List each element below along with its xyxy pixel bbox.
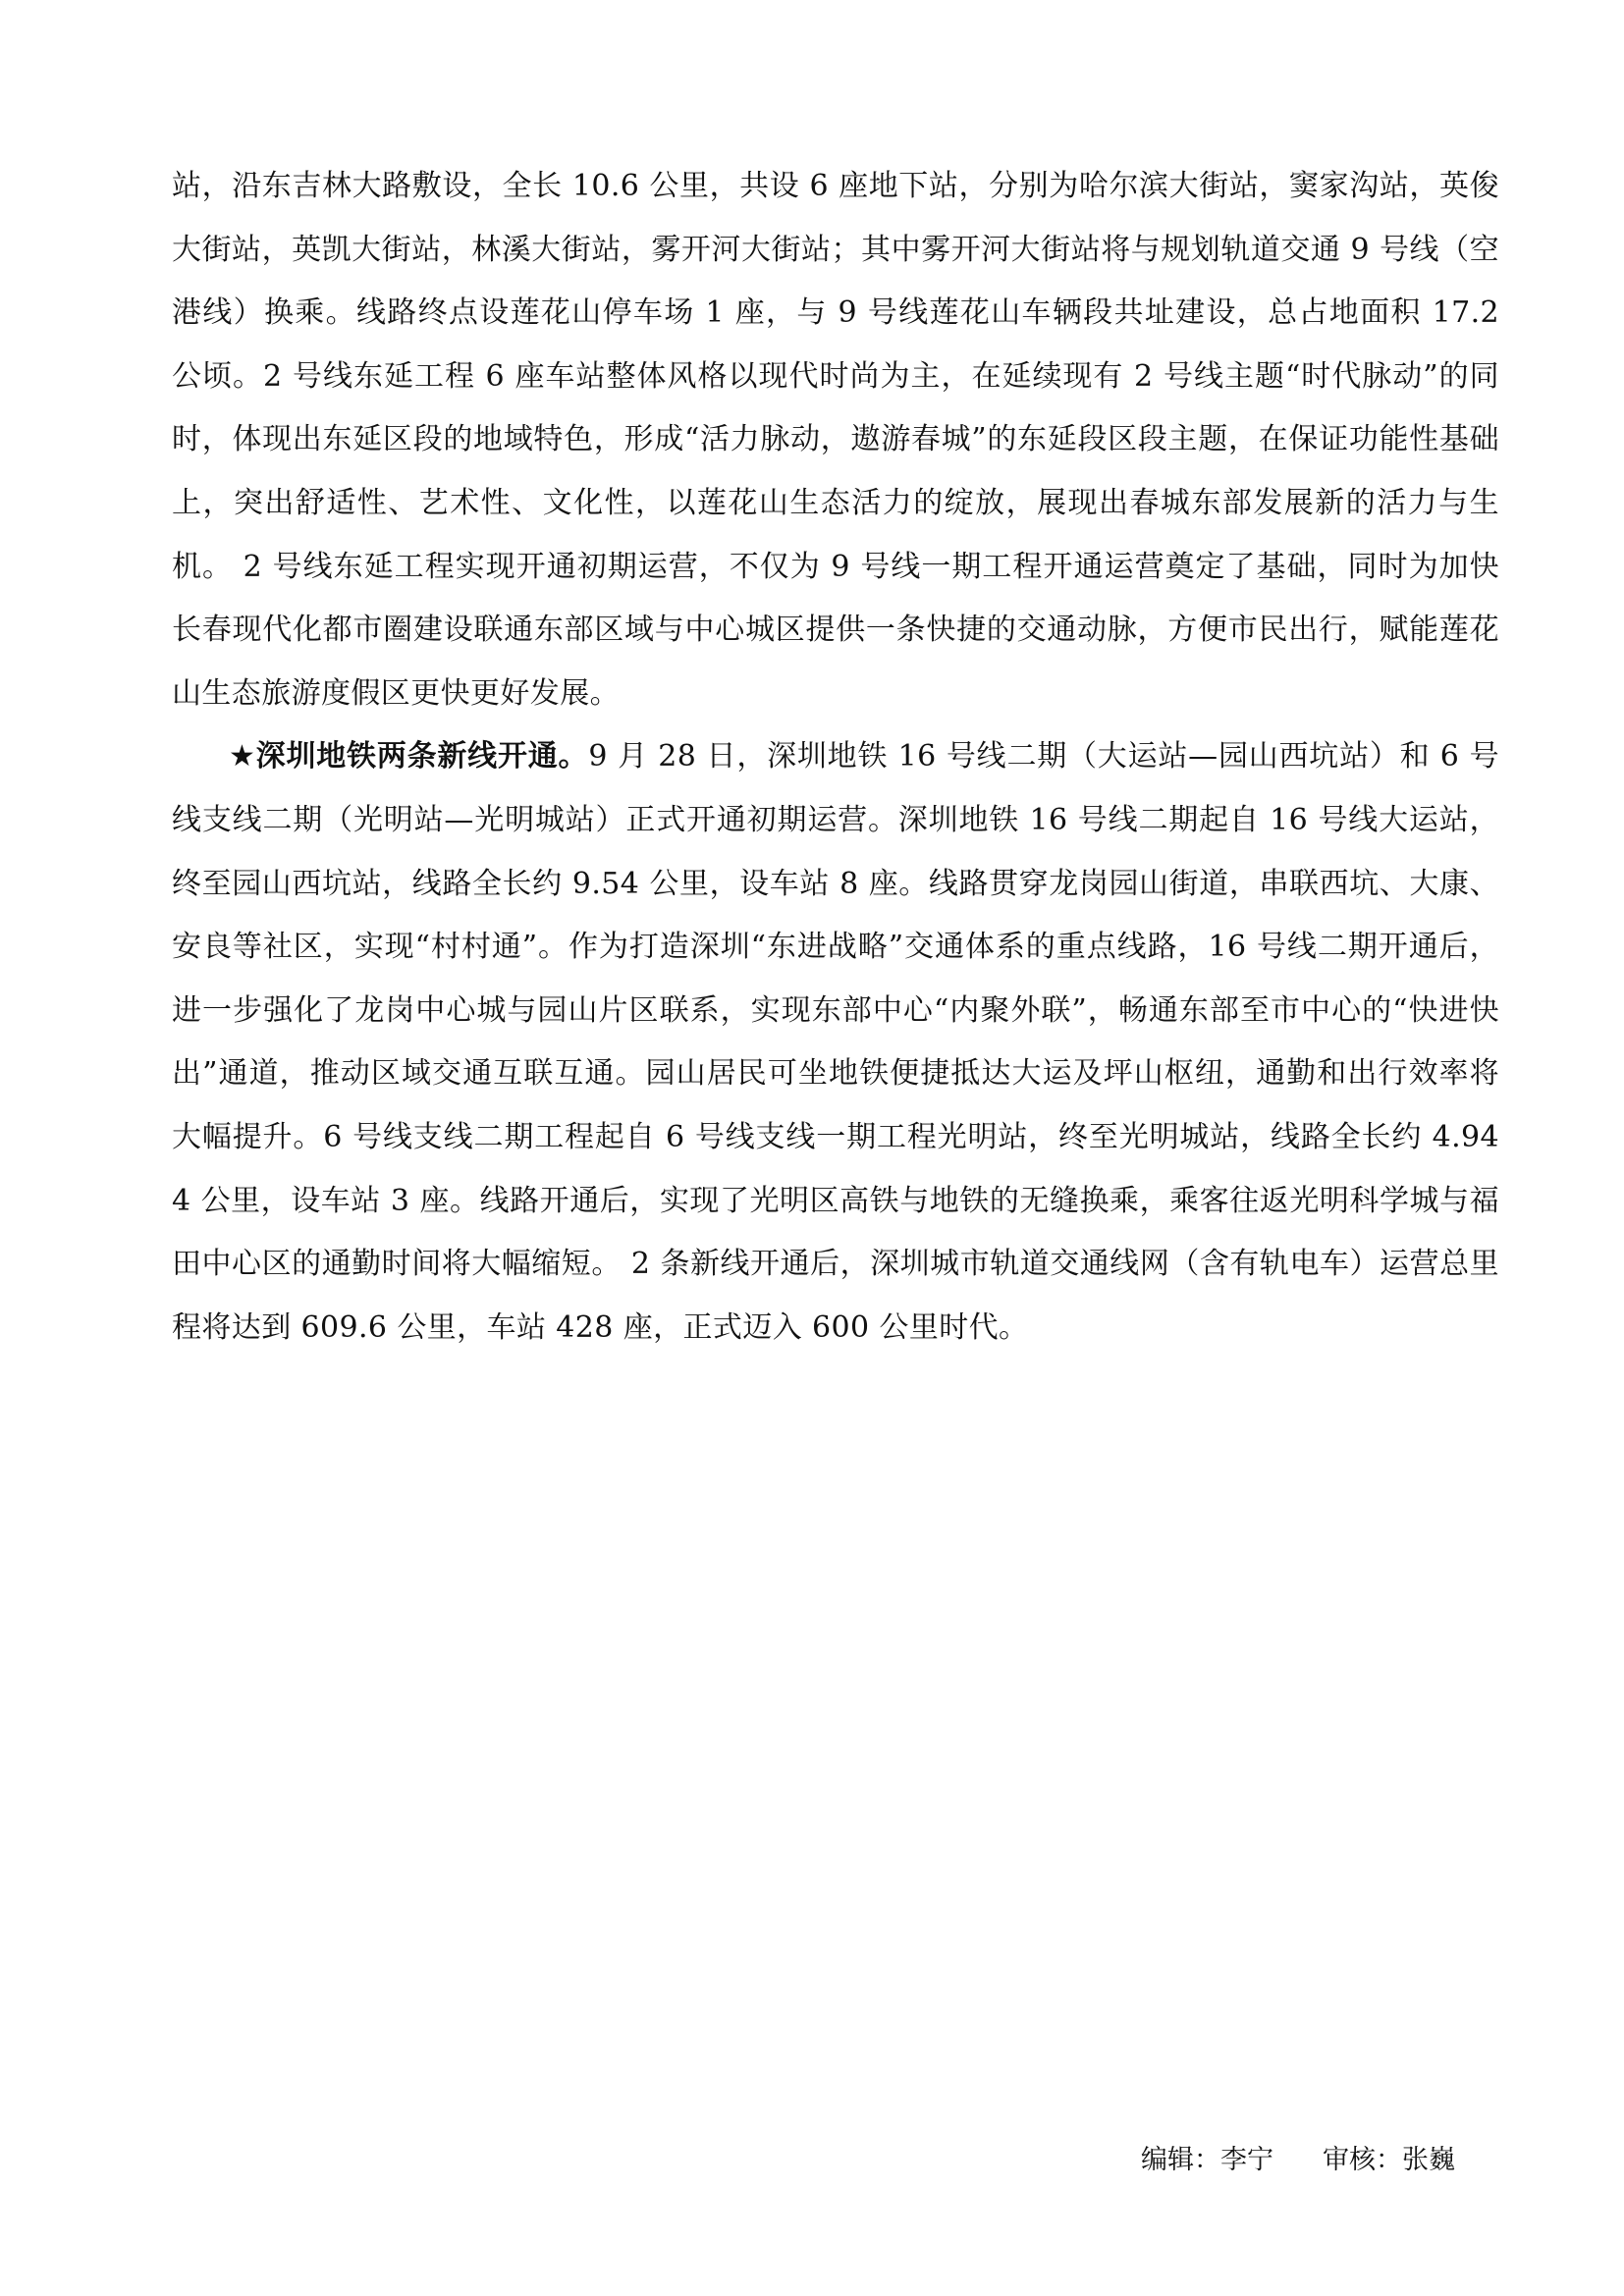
editor-credits-footer: 编辑：李宁审核：张巍 — [1141, 2141, 1455, 2180]
paragraph-lead-heading: ★深圳地铁两条新线开通。 — [229, 739, 588, 774]
editor-name: 李宁 — [1220, 2145, 1273, 2175]
reviewer-label: 审核： — [1323, 2145, 1402, 2175]
paragraph-changchun-line2-east-extension: 站，沿东吉林大路敷设，全长 10.6 公里，共设 6 座地下站，分别为哈尔滨大街… — [172, 155, 1499, 725]
paragraph-text: 9 月 28 日，深圳地铁 16 号线二期（大运站—园山西坑站）和 6 号线支线… — [172, 739, 1499, 1344]
paragraph-text: 站，沿东吉林大路敷设，全长 10.6 公里，共设 6 座地下站，分别为哈尔滨大街… — [172, 169, 1499, 711]
reviewer-name: 张巍 — [1402, 2145, 1455, 2175]
paragraph-shenzhen-new-lines: ★深圳地铁两条新线开通。9 月 28 日，深圳地铁 16 号线二期（大运站—园山… — [172, 725, 1499, 1360]
document-body: 站，沿东吉林大路敷设，全长 10.6 公里，共设 6 座地下站，分别为哈尔滨大街… — [172, 155, 1499, 1360]
editor-label: 编辑： — [1141, 2145, 1220, 2175]
